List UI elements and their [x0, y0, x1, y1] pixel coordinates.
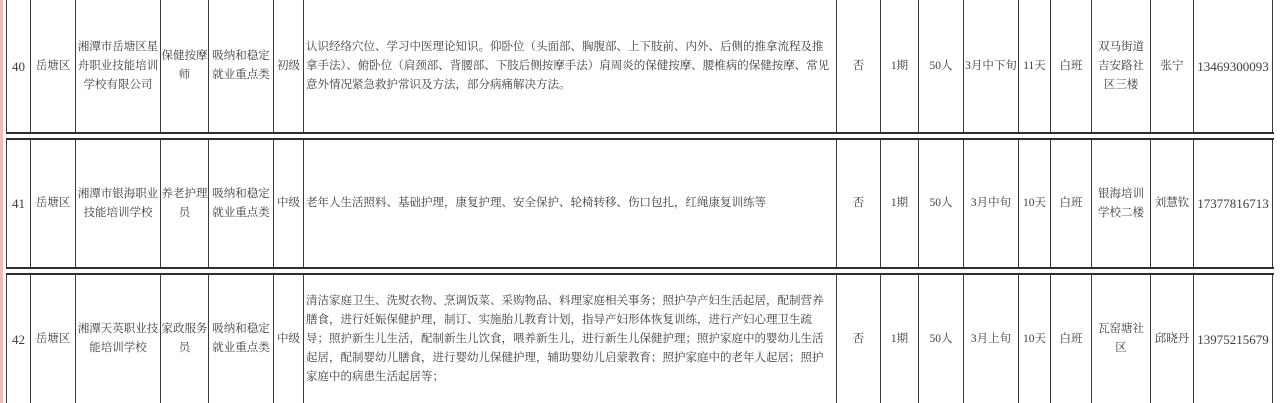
cell-school-name: 湘潭市岳塘区星舟职业技能培训学校有限公司	[76, 0, 161, 132]
cell-course-description: 老年人生活照料、基础护理，康复护理、安全保护、轮椅转移、伤口包扎，红绳康复训练等	[304, 140, 837, 267]
cell-shift: 白班	[1051, 140, 1092, 267]
cell-venue: 双马街道吉安路社区三楼	[1092, 0, 1151, 132]
cell-occupation: 家政服务员	[161, 275, 209, 403]
cell-session-count: 1期	[881, 140, 919, 267]
cell-course-description: 清洁家庭卫生、洗熨衣物、烹调饭菜、采购物品、料理家庭相关事务；照护孕产妇生活起居…	[304, 275, 837, 403]
training-schedule-table: 40 岳塘区 湘潭市岳塘区星舟职业技能培训学校有限公司 保健按摩师 吸纳和稳定就…	[6, 0, 1274, 403]
cell-level: 初级	[274, 0, 304, 132]
cell-start-period: 3月上旬	[964, 275, 1019, 403]
cell-contact-phone: 13469300093	[1194, 0, 1273, 132]
cell-venue: 瓦窑塘社区	[1092, 275, 1151, 403]
cell-charge-flag: 否	[837, 275, 881, 403]
cell-duration: 11天	[1019, 0, 1051, 132]
cell-trainee-count: 50人	[919, 275, 964, 403]
cell-contact-phone: 17377816713	[1194, 140, 1273, 267]
cell-school-name: 湘潭天英职业技能培训学校	[76, 275, 161, 403]
cell-category: 吸纳和稳定就业重点类	[209, 140, 274, 267]
table-row: 42 岳塘区 湘潭天英职业技能培训学校 家政服务员 吸纳和稳定就业重点类 中级 …	[6, 273, 1274, 403]
cell-occupation: 养老护理员	[161, 140, 209, 267]
cell-contact-name: 刘慧钦	[1151, 140, 1194, 267]
cell-course-description: 认识经络穴位、学习中医理论知识。仰卧位（头面部、胸腹部、上下肢前、内外、后侧的推…	[304, 0, 837, 132]
cell-start-period: 3月中旬	[964, 140, 1019, 267]
cell-level: 中级	[274, 140, 304, 267]
cell-school-name: 湘潭市银海职业技能培训学校	[76, 140, 161, 267]
cell-charge-flag: 否	[837, 0, 881, 132]
cell-contact-name: 张宁	[1151, 0, 1194, 132]
cell-trainee-count: 50人	[919, 0, 964, 132]
table-row: 40 岳塘区 湘潭市岳塘区星舟职业技能培训学校有限公司 保健按摩师 吸纳和稳定就…	[6, 0, 1274, 134]
cell-occupation: 保健按摩师	[161, 0, 209, 132]
cell-start-period: 3月中下旬	[964, 0, 1019, 132]
cell-duration: 10天	[1019, 275, 1051, 403]
cell-row-number: 40	[6, 0, 31, 132]
cell-trainee-count: 50人	[919, 140, 964, 267]
cell-venue: 银海培训学校二楼	[1092, 140, 1151, 267]
cell-row-number: 42	[6, 275, 31, 403]
cell-charge-flag: 否	[837, 140, 881, 267]
cell-duration: 10天	[1019, 140, 1051, 267]
table-row: 41 岳塘区 湘潭市银海职业技能培训学校 养老护理员 吸纳和稳定就业重点类 中级…	[6, 138, 1274, 269]
cell-session-count: 1期	[881, 275, 919, 403]
cell-session-count: 1期	[881, 0, 919, 132]
cell-contact-name: 邱晓丹	[1151, 275, 1194, 403]
left-edge-accent-line	[0, 0, 3, 403]
page: 40 岳塘区 湘潭市岳塘区星舟职业技能培训学校有限公司 保健按摩师 吸纳和稳定就…	[0, 0, 1280, 403]
cell-contact-phone: 13975215679	[1194, 275, 1273, 403]
cell-district: 岳塘区	[31, 140, 76, 267]
cell-district: 岳塘区	[31, 275, 76, 403]
cell-category: 吸纳和稳定就业重点类	[209, 0, 274, 132]
cell-district: 岳塘区	[31, 0, 76, 132]
cell-shift: 白班	[1051, 275, 1092, 403]
cell-shift: 白班	[1051, 0, 1092, 132]
cell-level: 中级	[274, 275, 304, 403]
cell-category: 吸纳和稳定就业重点类	[209, 275, 274, 403]
cell-row-number: 41	[6, 140, 31, 267]
